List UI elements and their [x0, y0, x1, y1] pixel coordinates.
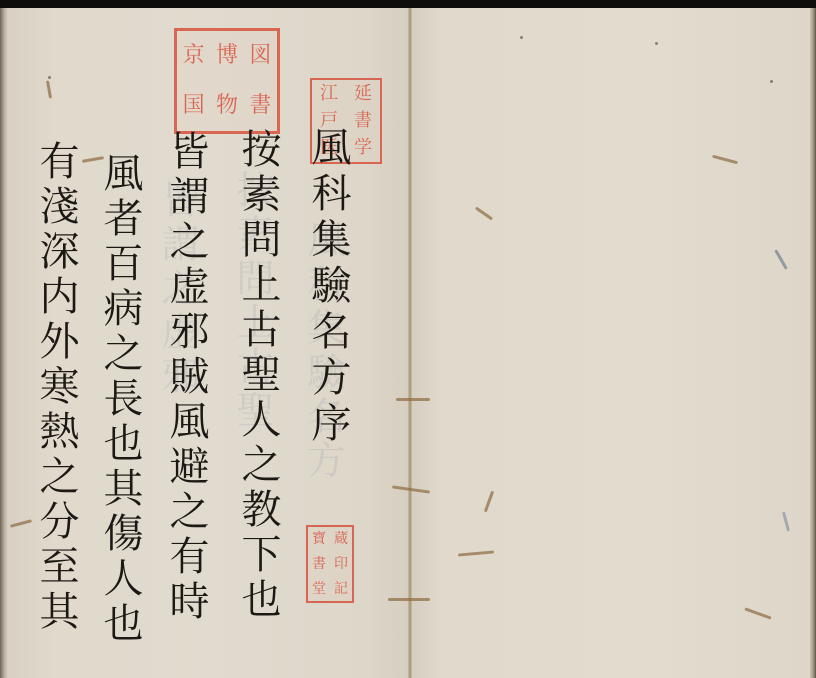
wormhole-mark — [388, 598, 430, 601]
wormhole-mark — [396, 398, 430, 401]
stain-dot — [655, 42, 658, 45]
seal-char: 寶 — [308, 527, 330, 552]
book-gutter — [408, 8, 412, 678]
seal-large-square: 京 博 図 国 物 書 — [174, 28, 280, 134]
stain-dot — [770, 80, 773, 83]
seal-char: 印 — [330, 552, 352, 577]
title-column: 風科集驗名方序 — [306, 126, 350, 448]
text-column-2: 皆謂之虚邪賊風避之有時 — [164, 130, 208, 625]
seal-char: 学 — [346, 135, 380, 162]
seal-char: 国 — [177, 81, 210, 131]
right-page-edge — [810, 8, 816, 678]
stain-dot — [520, 36, 523, 39]
seal-char: 延 — [346, 80, 380, 107]
seal-char: 書 — [244, 81, 277, 131]
seal-char: 書 — [346, 107, 380, 134]
seal-char: 図 — [244, 31, 277, 81]
right-page — [411, 8, 811, 678]
seal-char: 記 — [330, 576, 352, 601]
seal-char: 京 — [177, 31, 210, 81]
text-column-4: 有淺深内外寒熱之分至其 — [34, 140, 78, 635]
seal-char: 書 — [308, 552, 330, 577]
seal-char: 物 — [210, 81, 243, 131]
text-column-1: 按素問上古聖人之教下也 — [236, 128, 280, 623]
seal-char: 博 — [210, 31, 243, 81]
seal-char: 江 — [312, 80, 346, 107]
text-column-3: 風者百病之長也其傷人也 — [98, 152, 142, 647]
seal-small: 寶 蔵 書 印 堂 記 — [306, 525, 354, 603]
left-page-edge — [0, 8, 7, 678]
seal-char: 堂 — [308, 576, 330, 601]
seal-char: 蔵 — [330, 527, 352, 552]
stain-dot — [48, 76, 51, 79]
